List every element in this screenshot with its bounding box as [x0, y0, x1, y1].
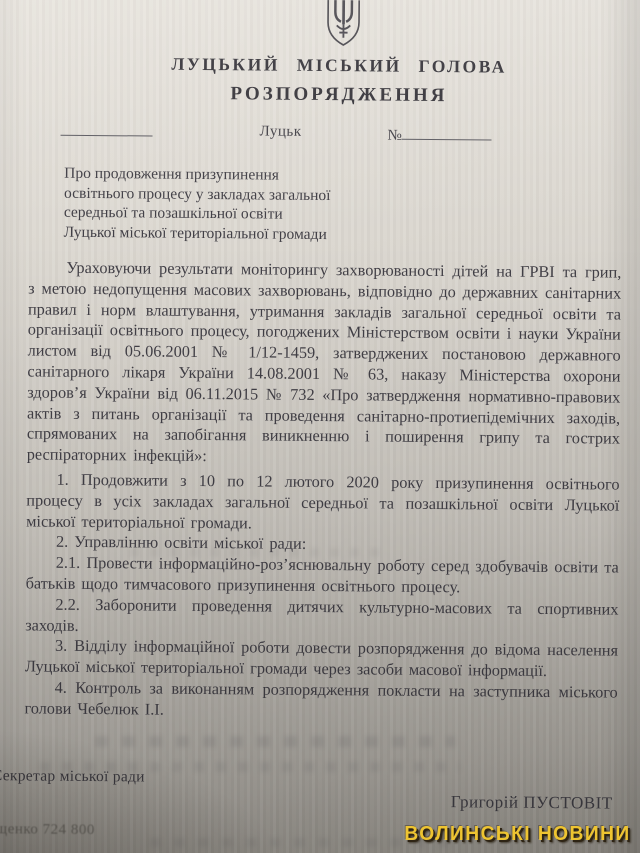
subject-block: Про продовження призупинення освітнього …	[64, 164, 640, 247]
order-item-2-2: 2.2. Заборонити проведення дитячих культ…	[25, 594, 618, 641]
news-watermark: ВОЛИНСЬКІ НОВИНИ	[405, 823, 631, 846]
doc-type-title: РОЗПОРЯДЖЕННЯ	[19, 81, 640, 109]
date-blank-line	[61, 135, 153, 137]
order-item-2-1: 2.1. Провести інформаційно-роз’яснювальн…	[26, 553, 619, 600]
number-group: №	[387, 125, 491, 146]
preamble-paragraph: Ураховуючи результати моніторингу захвор…	[27, 257, 622, 470]
trident-icon	[322, 0, 365, 51]
place-name: Луцьк	[259, 123, 301, 140]
document-photo: ЛУЦЬКИЙ МІСЬКИЙ ГОЛОВА РОЗПОРЯДЖЕННЯ Луц…	[0, 0, 640, 853]
order-item-1: 1. Продовжити з 10 по 12 лютого 2020 рок…	[26, 469, 620, 537]
signature-row: Секретар міської ради Григорій ПУСТОВІТ	[0, 767, 613, 813]
number-blank-line	[402, 125, 492, 141]
number-label: №	[387, 128, 401, 144]
paper-sheet: ЛУЦЬКИЙ МІСЬКИЙ ГОЛОВА РОЗПОРЯДЖЕННЯ Луц…	[0, 0, 640, 853]
order-items: 1. Продовжити з 10 по 12 лютого 2020 рок…	[0, 469, 640, 724]
ukraine-trident-emblem	[3, 0, 640, 51]
signature-title: Секретар міської ради	[0, 767, 145, 786]
org-title: ЛУЦЬКИЙ МІСЬКИЙ ГОЛОВА	[19, 52, 640, 79]
subject-line: Луцької міської територіальної громади	[64, 222, 640, 247]
order-item-3: 3. Відділу інформаційної роботи довести …	[25, 636, 618, 683]
signature-name: Григорій ПУСТОВІТ	[451, 792, 613, 813]
order-item-4: 4. Контроль за виконанням розпорядження …	[24, 677, 617, 724]
date-number-row: Луцьк №	[2, 118, 640, 148]
